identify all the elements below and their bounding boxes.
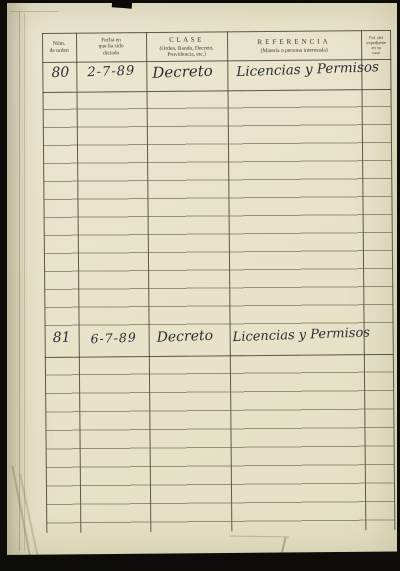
column-header-referencia: REFERENCIA (Materia o persona interesada… [227,30,361,60]
header-subtitle: (Materia o persona interesada) [261,47,328,54]
ruled-rows-upper [43,89,394,327]
header-line: caso [372,50,380,55]
entry-class: Decreto [156,328,213,346]
entry-reference: Licencias y Permisos [236,59,379,80]
header-subtitle: Providencia, etc.) [167,51,206,57]
ruled-rows-lower [45,354,395,524]
header-line: de orden [50,47,69,54]
entry-number: 81 [46,329,77,346]
scan-bottom-border [0,551,400,566]
register-table: Núm. de orden Fecha en que ha sido dicta… [42,30,395,533]
column-header-fecha: Fecha en que ha sido dictado [76,32,146,62]
column-header-expediente: Fol. del expediente en su caso [361,30,391,59]
header-title: REFERENCIA [257,37,330,46]
entry-class: Decreto [152,62,213,82]
underlying-page-edge [10,11,58,12]
column-header-clase: CLASE (Orden, Bando, Decreto, Providenci… [146,31,227,61]
entry-date: 6-7-89 [80,329,146,346]
corner-fold-edge [229,535,289,537]
header-line: dictado [103,50,119,57]
page-edge-line [19,11,20,551]
header-title: CLASE [169,35,204,43]
page-edge-line [24,13,25,551]
entry-number: 80 [44,64,77,81]
binding-mark [112,0,133,9]
column-header-num: Núm. de orden [42,33,76,62]
entry-reference: Licencias y Permisos [232,325,370,345]
entry-date: 2-7-89 [78,63,144,80]
ledger-sheet: Núm. de orden Fecha en que ha sido dicta… [7,3,397,557]
